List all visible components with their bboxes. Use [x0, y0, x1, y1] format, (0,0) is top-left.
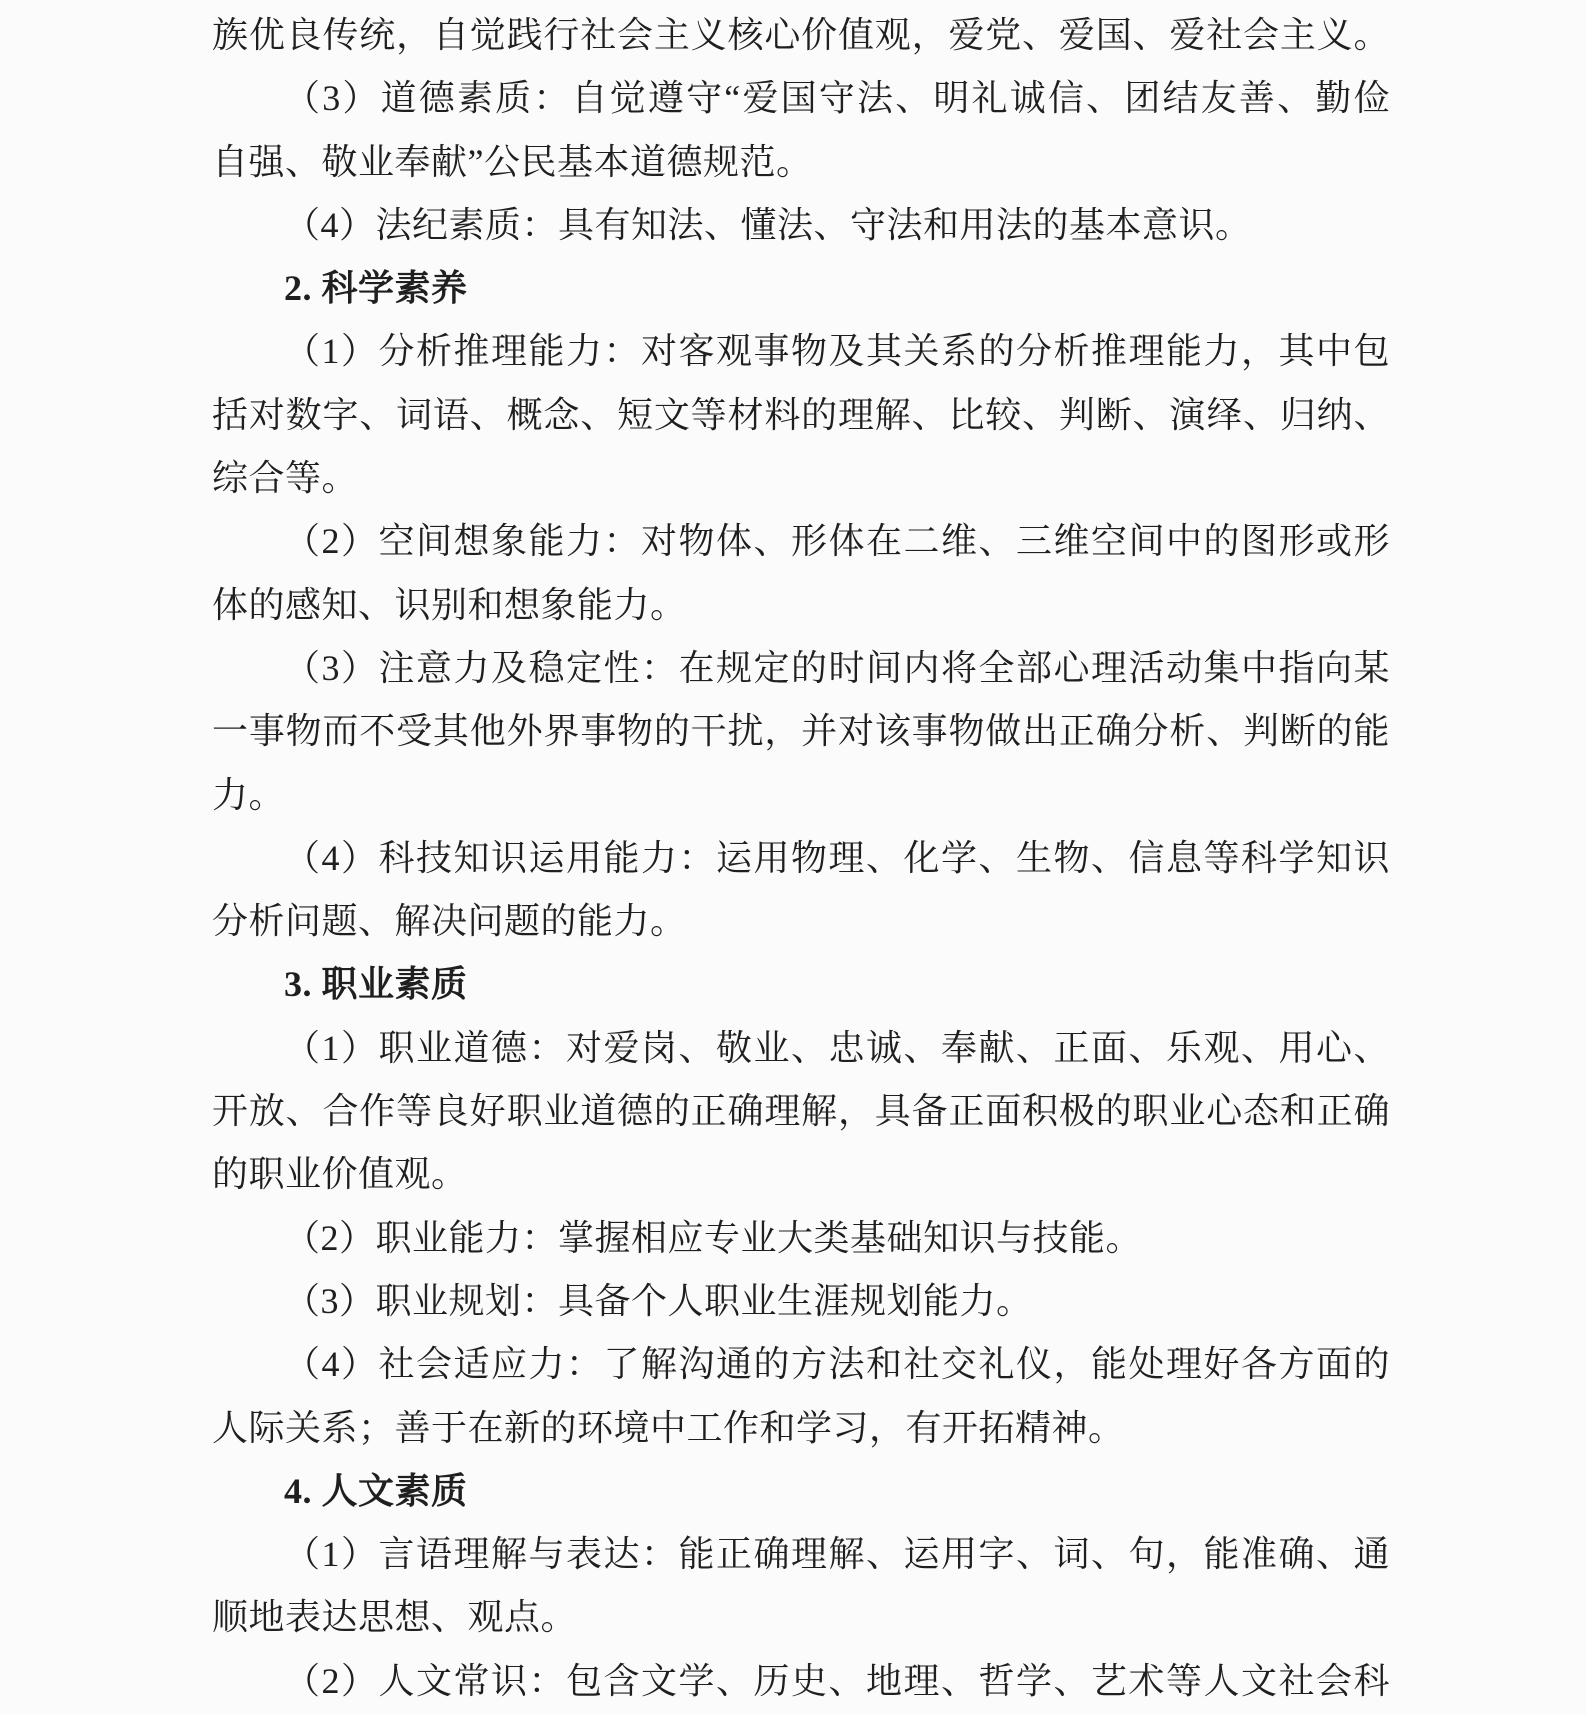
text-line: 族优良传统，自觉践行社会主义核心价值观，爱党、爱国、爱社会主义。 — [212, 4, 1390, 67]
text-line: 分析问题、解决问题的能力。 — [212, 890, 1390, 953]
text-line: 人际关系；善于在新的环境中工作和学习，有开拓精神。 — [212, 1397, 1390, 1460]
text-line: 自强、敬业奉献”公民基本道德规范。 — [212, 131, 1390, 194]
text-line: 综合等。 — [212, 447, 1390, 510]
document-page: 族优良传统，自觉践行社会主义核心价值观，爱党、爱国、爱社会主义。 （3）道德素质… — [0, 0, 1586, 1715]
text-line: 括对数字、词语、概念、短文等材料的理解、比较、判断、演绎、归纳、 — [212, 384, 1390, 447]
text-line: 力。 — [212, 764, 1390, 827]
text-line: 的职业价值观。 — [212, 1143, 1390, 1206]
text-line-item-3-moral: （3）道德素质：自觉遵守“爱国守法、明礼诚信、团结友善、勤俭 — [212, 67, 1390, 130]
section-heading-vocational: 3. 职业素质 — [212, 953, 1390, 1016]
text-line: 体的感知、识别和想象能力。 — [212, 574, 1390, 637]
text-line-item-1-analysis: （1）分析推理能力：对客观事物及其关系的分析推理能力，其中包 — [212, 320, 1390, 383]
text-line-item-4-social: （4）社会适应力：了解沟通的方法和社交礼仪，能处理好各方面的 — [212, 1333, 1390, 1396]
text-line-item-2-spatial: （2）空间想象能力：对物体、形体在二维、三维空间中的图形或形 — [212, 510, 1390, 573]
text-line-item-3-planning: （3）职业规划：具备个人职业生涯规划能力。 — [212, 1270, 1390, 1333]
text-line-item-3-attention: （3）注意力及稳定性：在规定的时间内将全部心理活动集中指向某 — [212, 637, 1390, 700]
text-line: 顺地表达思想、观点。 — [212, 1586, 1390, 1649]
text-line-item-2-humanities-knowledge: （2）人文常识：包含文学、历史、地理、哲学、艺术等人文社会科 — [212, 1650, 1390, 1713]
text-line-item-1-language: （1）言语理解与表达：能正确理解、运用字、词、句，能准确、通 — [212, 1523, 1390, 1586]
text-line-item-1-ethics: （1）职业道德：对爱岗、敬业、忠诚、奉献、正面、乐观、用心、 — [212, 1017, 1390, 1080]
text-line-item-4-law: （4）法纪素质：具有知法、懂法、守法和用法的基本意识。 — [212, 194, 1390, 257]
text-line: 一事物而不受其他外界事物的干扰，并对该事物做出正确分析、判断的能 — [212, 700, 1390, 763]
text-line: 开放、合作等良好职业道德的正确理解，具备正面积极的职业心态和正确 — [212, 1080, 1390, 1143]
text-line-item-2-ability: （2）职业能力：掌握相应专业大类基础知识与技能。 — [212, 1207, 1390, 1270]
section-heading-science: 2. 科学素养 — [212, 257, 1390, 320]
text-line-item-4-science-knowledge: （4）科技知识运用能力：运用物理、化学、生物、信息等科学知识 — [212, 827, 1390, 890]
section-heading-humanities: 4. 人文素质 — [212, 1460, 1390, 1523]
